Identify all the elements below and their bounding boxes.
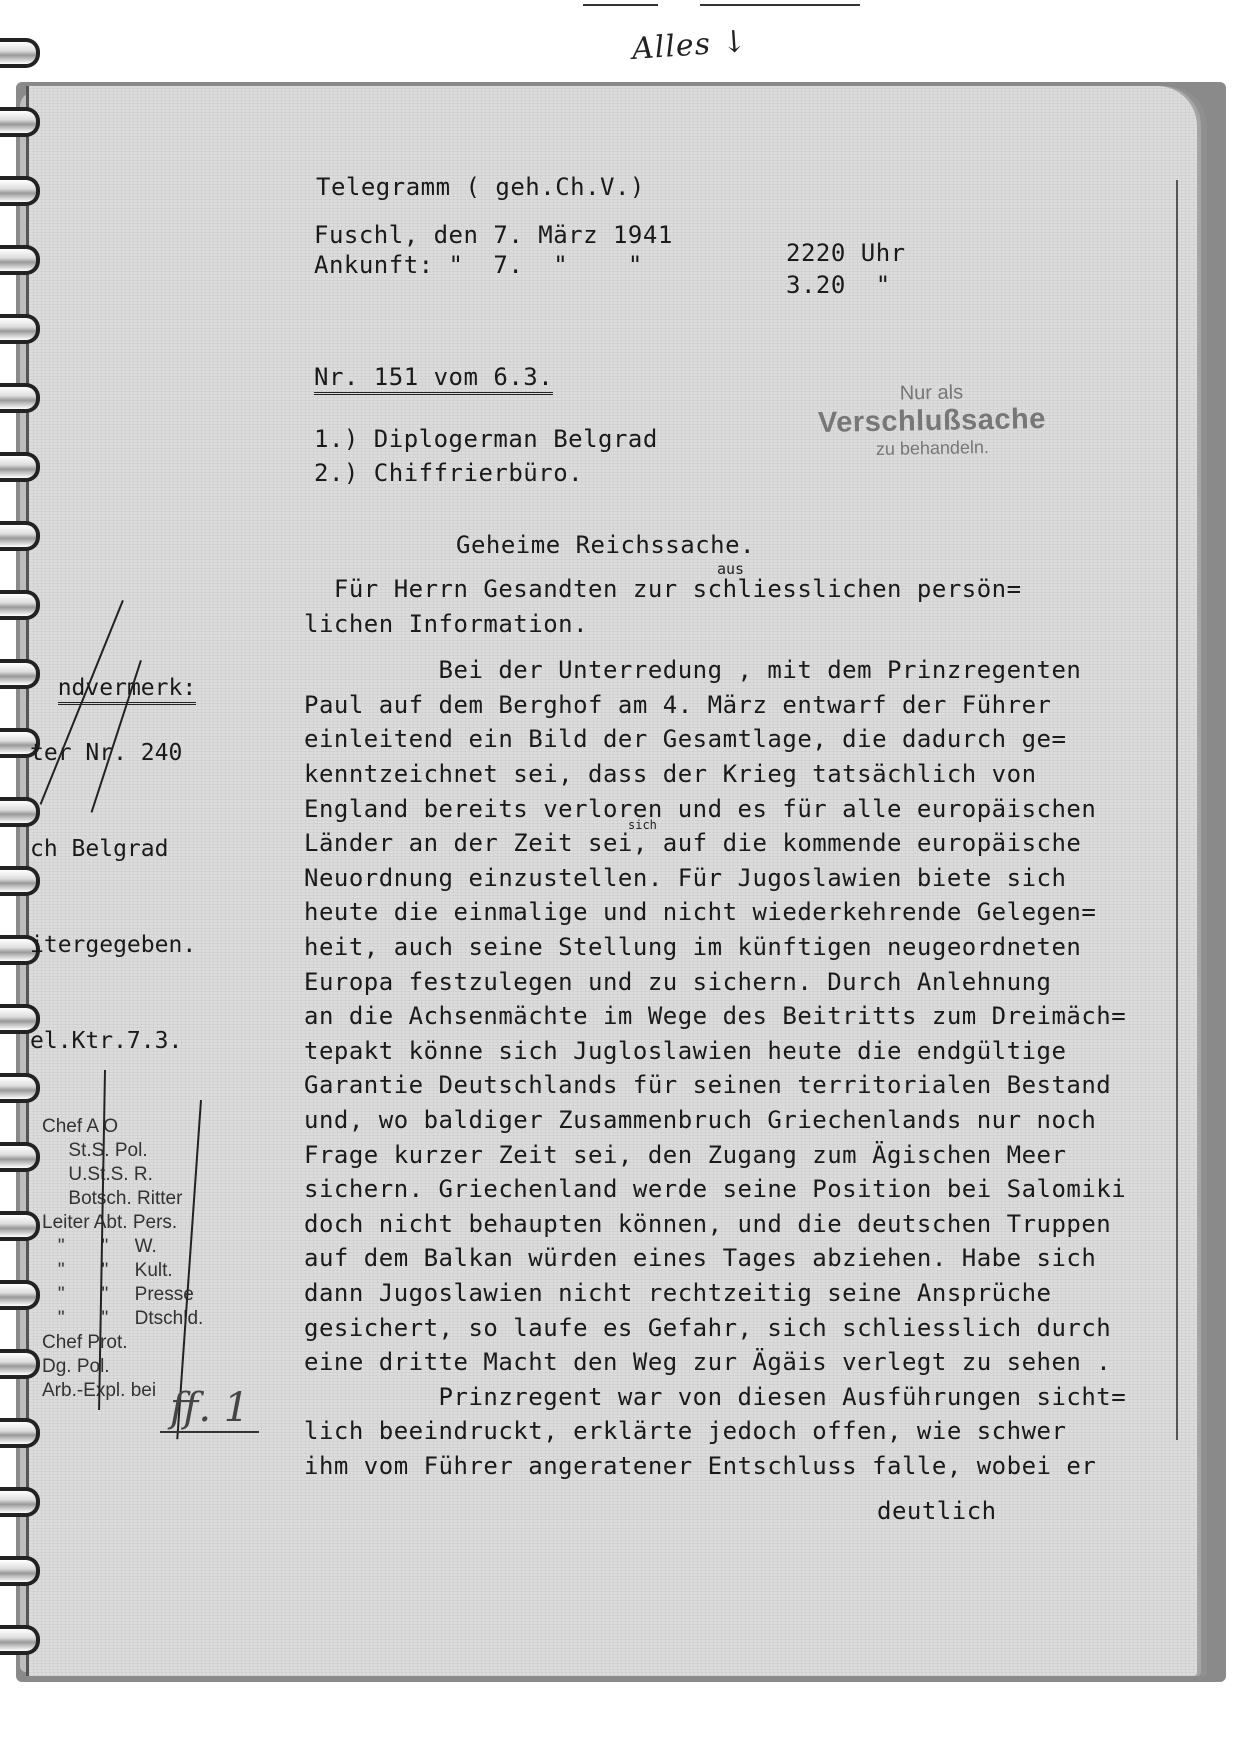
classification-stamp: Nur als Verschlußsache zu behandeln. [817, 380, 1046, 461]
routing-line: U.St.S. R. [42, 1163, 203, 1187]
arrival-line: Ankunft: " 7. " " [314, 248, 643, 282]
routing-line: Chef A O [42, 1115, 203, 1139]
routing-line: " " Dtschld. [42, 1307, 203, 1331]
routing-line: Botsch. Ritter [42, 1187, 203, 1211]
body-line: Paul auf dem Berghof am 4. März entwarf … [304, 688, 1051, 722]
handwritten-note: Alles ↓ [631, 24, 749, 67]
routing-line: " " Kult. [42, 1259, 203, 1283]
telegram-type: Telegramm ( geh.Ch.V.) [316, 170, 645, 204]
spiral-ring [0, 1418, 40, 1448]
margin-note-line: el.Ktr.7.3. [30, 1025, 196, 1057]
interlinear-correction: aus [717, 560, 744, 578]
body-line: dann Jugoslawien nicht rechtzeitig seine… [304, 1276, 1051, 1310]
body-line: lich beeindruckt, erklärte jedoch offen,… [304, 1414, 1066, 1448]
spiral-ring [0, 1625, 40, 1655]
body-line: sichern. Griechenland werde seine Positi… [304, 1172, 1126, 1206]
body-line: Garantie Deutschlands für seinen territo… [304, 1068, 1111, 1102]
stamp-line-3: zu behandeln. [818, 436, 1046, 461]
body-line: ihm vom Führer angeratener Entschluss fa… [304, 1449, 1096, 1483]
reference-number: Nr. 151 vom 6.3. [314, 362, 553, 395]
margin-note: ndvermerk: ter Nr. 240 ch Belgrad iterge… [30, 640, 196, 1089]
initials-signature: ff. 1 [160, 1385, 259, 1433]
body-line: eine dritte Macht den Weg zur Ägäis verl… [304, 1345, 1111, 1379]
spiral-ring [0, 1211, 40, 1241]
scan-edge-line [583, 4, 658, 6]
place-date: Fuschl, den 7. März 1941 [314, 218, 673, 252]
body-line: Frage kurzer Zeit sei, den Zugang zum Äg… [304, 1138, 1066, 1172]
spiral-ring [0, 1487, 40, 1517]
body-line: gesichert, so laufe es Gefahr, sich schl… [304, 1311, 1111, 1345]
recipient-2: 2.) Chiffrierbüro. [314, 456, 583, 490]
body-line: Prinzregent war von diesen Ausführungen … [304, 1380, 1126, 1414]
spiral-ring [0, 521, 40, 551]
body-line: England bereits verloren und es für alle… [304, 792, 1096, 826]
margin-note-line: itergegeben. [30, 929, 196, 961]
interlinear-correction: sich [628, 818, 657, 832]
body-line: heit, auch seine Stellung im künftigen n… [304, 930, 1081, 964]
body-line: auf dem Balkan würden eines Tages abzieh… [304, 1241, 1096, 1275]
body-line: Für Herrn Gesandten zur schliesslichen p… [304, 572, 1022, 606]
body-line: an die Achsenmächte im Wege des Beitritt… [304, 999, 1126, 1033]
spiral-ring [0, 176, 40, 206]
body-line: Europa festzulegen und zu sichern. Durch… [304, 965, 1051, 999]
spiral-ring [0, 1142, 40, 1172]
page-edge [1176, 180, 1178, 1440]
spiral-ring [0, 245, 40, 275]
spiral-ring [0, 314, 40, 344]
spiral-ring [0, 107, 40, 137]
catchword: deutlich [877, 1494, 997, 1528]
routing-line: St.S. Pol. [42, 1139, 203, 1163]
routing-line: " " Presse [42, 1283, 203, 1307]
body-line: heute die einmalige und nicht wiederkehr… [304, 895, 1096, 929]
body-line: und, wo baldiger Zusammenbruch Griechenl… [304, 1103, 1096, 1137]
stamp-line-2: Verschlußsache [818, 403, 1046, 440]
routing-stamp: Chef A O St.S. Pol. U.St.S. R. Botsch. R… [42, 1115, 203, 1403]
routing-line: Dg. Pol. [42, 1355, 203, 1379]
spiral-ring [0, 1556, 40, 1586]
body-line: doch nicht behaupten können, und die deu… [304, 1207, 1111, 1241]
recipient-1: 1.) Diplogerman Belgrad [314, 422, 658, 456]
body-line: kenntzeichnet sei, dass der Krieg tatsäc… [304, 757, 1037, 791]
body-line: lichen Information. [304, 607, 588, 641]
arrival-time: 3.20 " [786, 268, 891, 302]
body-line: Länder an der Zeit sei, auf die kommende… [304, 826, 1081, 860]
margin-note-line: ch Belgrad [30, 833, 196, 865]
spiral-ring [0, 452, 40, 482]
spiral-ring [0, 590, 40, 620]
routing-line: " " W. [42, 1235, 203, 1259]
body-line: tepakt könne sich Jugloslawien heute die… [304, 1034, 1066, 1068]
send-time: 2220 Uhr [786, 236, 906, 270]
body-line: Bei der Unterredung , mit dem Prinzregen… [304, 653, 1081, 687]
routing-line: Chef Prot. [42, 1331, 203, 1355]
routing-line: Leiter Abt. Pers. [42, 1211, 203, 1235]
spiral-ring [0, 1349, 40, 1379]
spiral-ring [0, 1280, 40, 1310]
body-line: Neuordnung einzustellen. Für Jugoslawien… [304, 861, 1066, 895]
scan-edge-line [700, 4, 860, 6]
spiral-ring [0, 38, 40, 68]
spiral-ring [0, 383, 40, 413]
body-line: einleitend ein Bild der Gesamtlage, die … [304, 722, 1066, 756]
classification-heading: Geheime Reichssache. [456, 528, 755, 562]
